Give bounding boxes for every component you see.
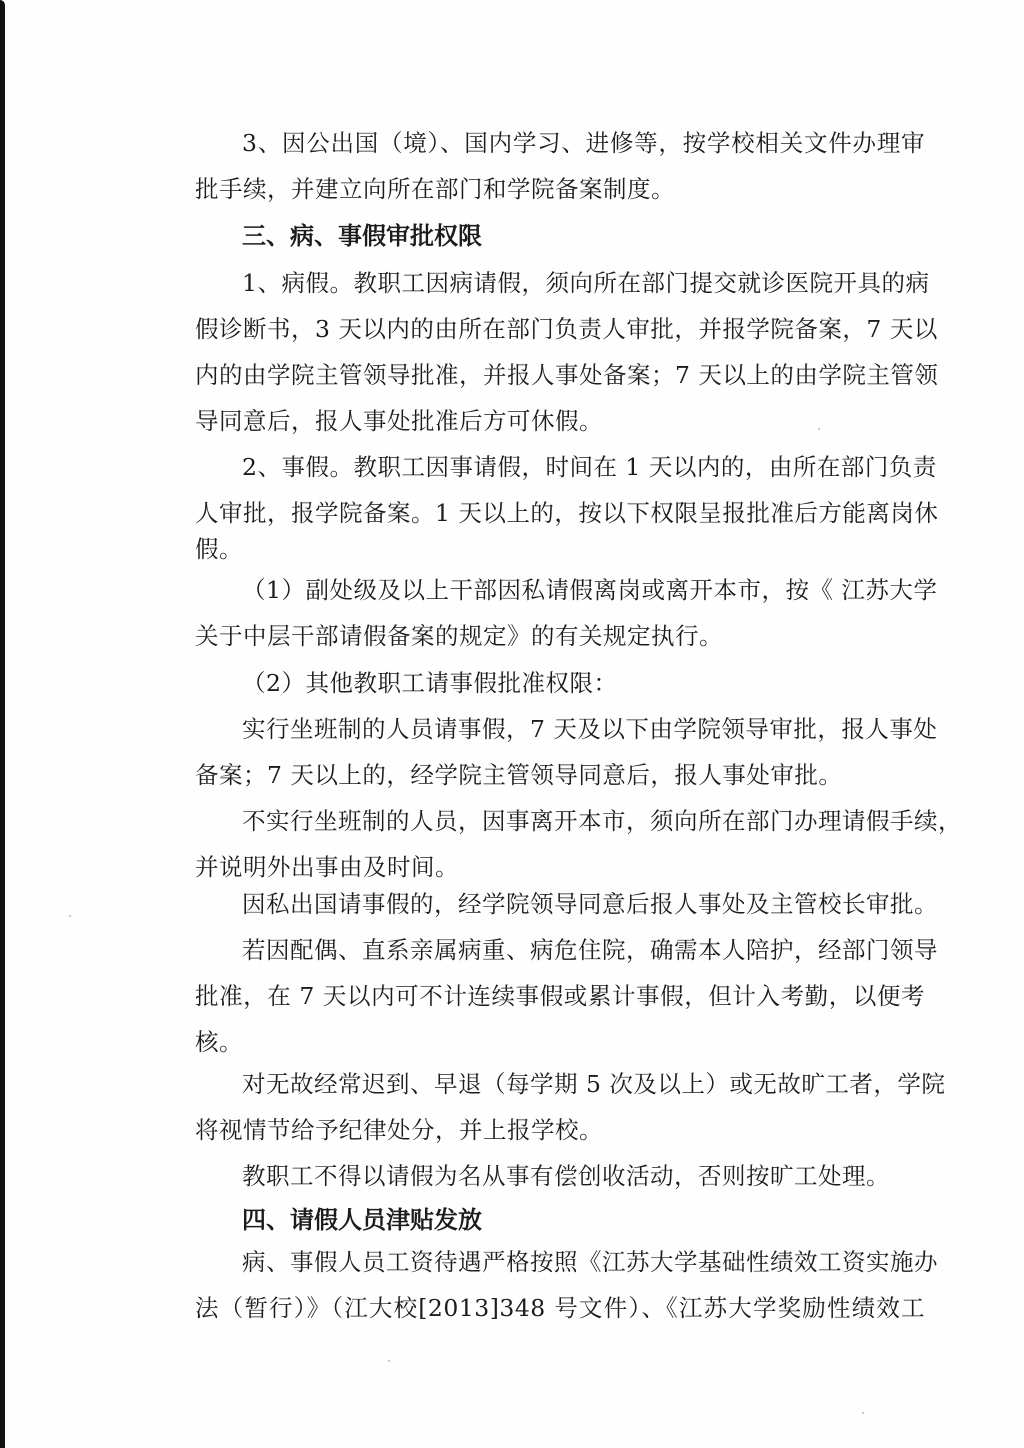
scan-speck [818,428,820,430]
text-line: 人审批，报学院备案。1 天以上的，按以下权限呈报批准后方能离岗休 [195,498,925,528]
text-line: 内的由学院主管领导批准，并报人事处备案；7 天以上的由学院主管领 [195,360,925,390]
text-line: （1）副处级及以上干部因私请假离岗或离开本市，按《 江苏大学 [242,575,925,605]
text-line: 批手续，并建立向所在部门和学院备案制度。 [195,174,925,204]
text-line: 若因配偶、直系亲属病重、病危住院，确需本人陪护，经部门领导 [242,935,925,965]
text-line: 将视情节给予纪律处分，并上报学校。 [195,1115,925,1145]
text-line: 并说明外出事由及时间。 [195,852,925,882]
text-line: 导同意后，报人事处批准后方可休假。 [195,406,925,436]
text-line: 法（暂行）》（江大校[2013]348 号文件）、《江苏大学奖励性绩效工 [195,1293,925,1323]
text-line: 备案；7 天以上的，经学院主管领导同意后，报人事处审批。 [195,760,925,790]
text-line: 对无故经常迟到、早退（每学期 5 次及以上）或无故旷工者，学院 [242,1069,925,1099]
text-line: 假。 [195,534,925,564]
section-heading: 四、请假人员津贴发放 [242,1205,925,1235]
text-line: 核。 [195,1027,925,1057]
text-line: 不实行坐班制的人员，因事离开本市，须向所在部门办理请假手续， [242,806,925,836]
text-line: 实行坐班制的人员请事假，7 天及以下由学院领导审批，报人事处 [242,714,925,744]
text-line: 2、事假。教职工因事请假，时间在 1 天以内的，由所在部门负责 [242,452,925,482]
text-line: 3、因公出国（境）、国内学习、进修等，按学校相关文件办理审 [242,128,925,158]
section-heading: 三、病、事假审批权限 [242,221,925,251]
scan-speck [862,1412,864,1414]
text-line: 1、病假。教职工因病请假，须向所在部门提交就诊医院开具的病 [242,268,925,298]
text-line: 教职工不得以请假为名从事有偿创收活动，否则按旷工处理。 [242,1161,925,1191]
text-line: 因私出国请事假的，经学院领导同意后报人事处及主管校长审批。 [242,889,925,919]
text-line: 假诊断书，3 天以内的由所在部门负责人审批，并报学院备案，7 天以 [195,314,925,344]
text-line: （2）其他教职工请事假批准权限： [242,668,925,698]
scan-speck [388,1360,390,1362]
text-line: 关于中层干部请假备案的规定》的有关规定执行。 [195,621,925,651]
text-line: 批准，在 7 天以内可不计连续事假或累计事假，但计入考勤，以便考 [195,981,925,1011]
text-line: 病、事假人员工资待遇严格按照《江苏大学基础性绩效工资实施办 [242,1247,925,1277]
scan-speck [69,915,71,917]
document-page: 3、因公出国（境）、国内学习、进修等，按学校相关文件办理审 批手续，并建立向所在… [0,0,1024,1448]
